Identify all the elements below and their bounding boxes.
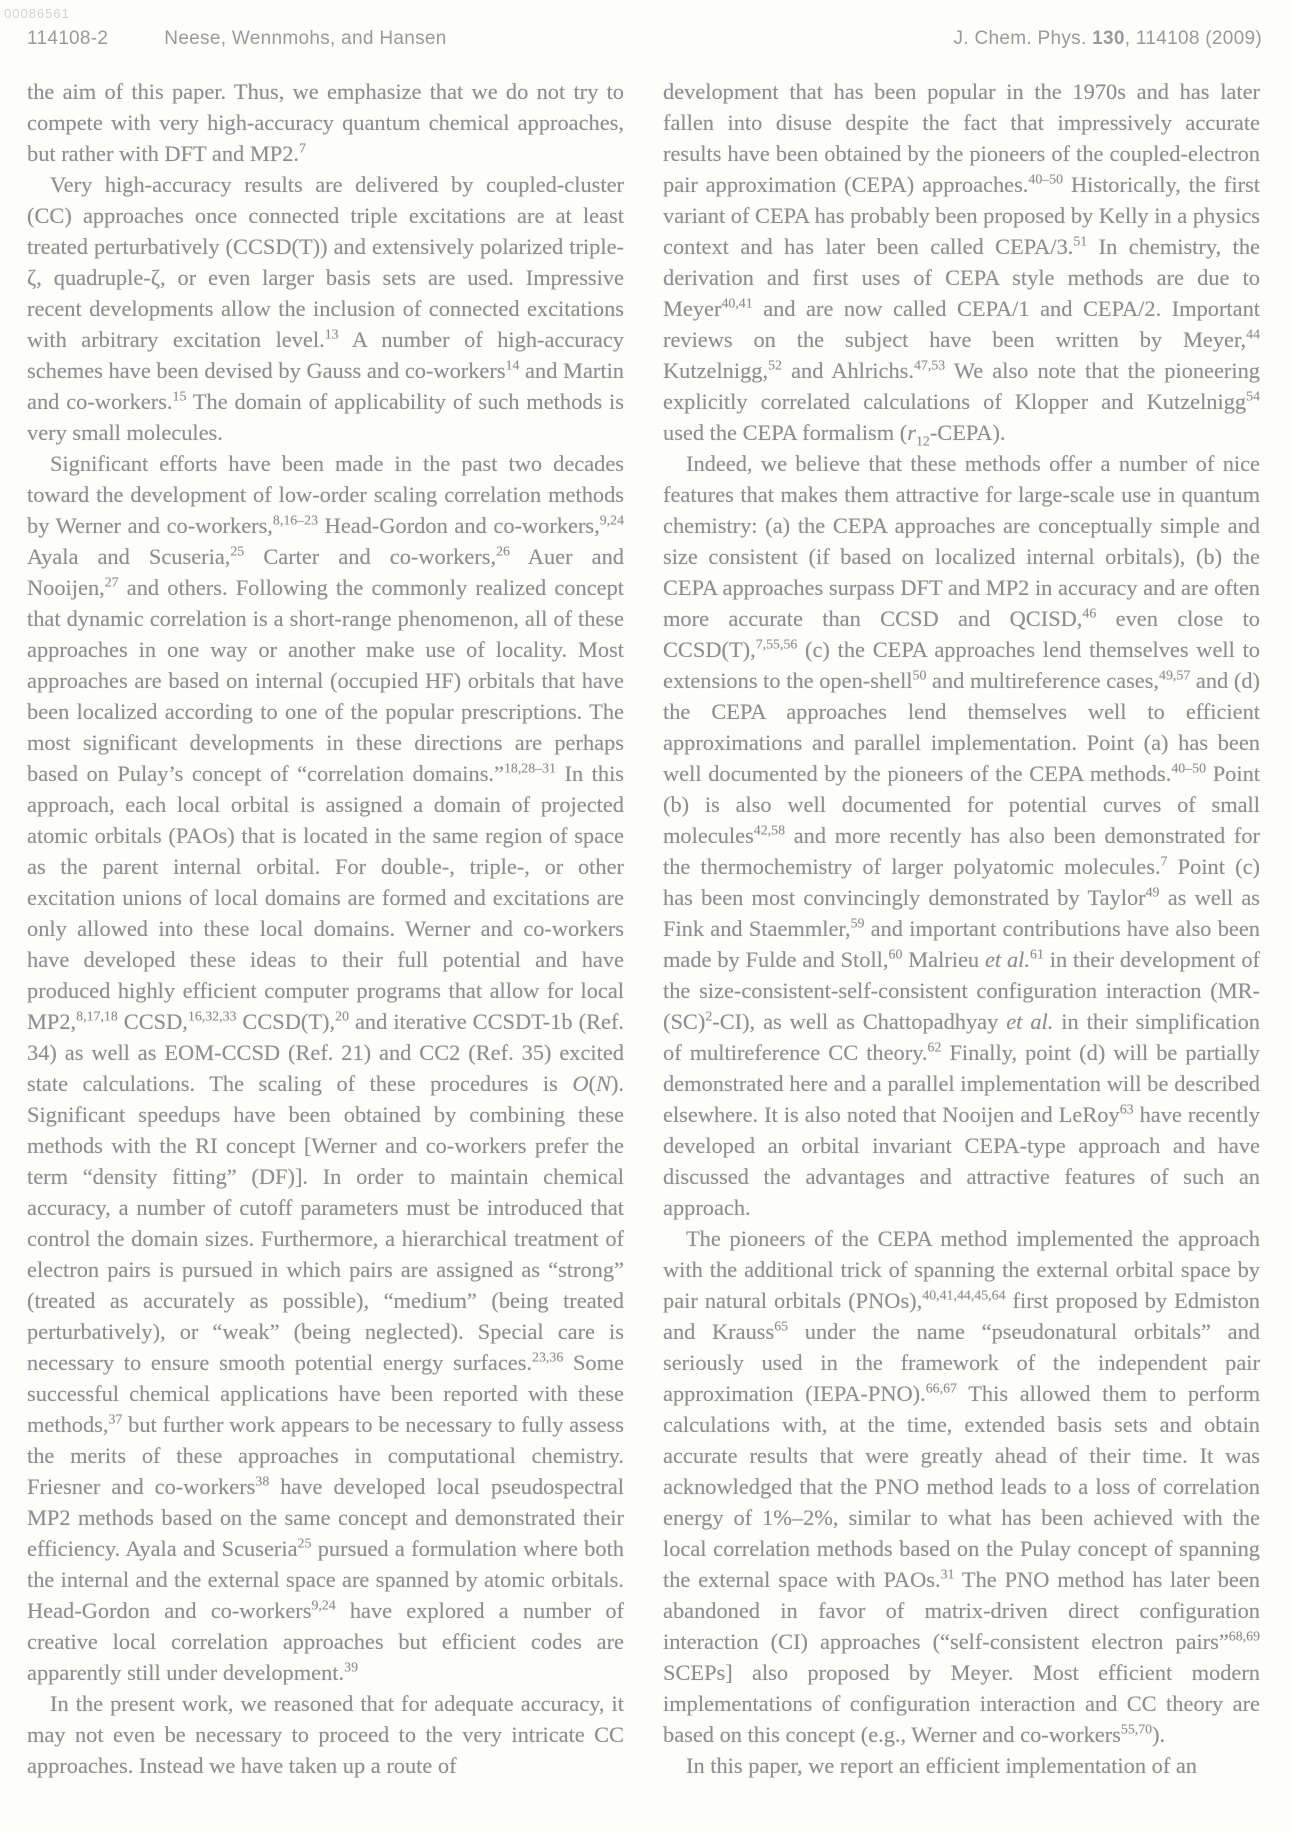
text-run: In this paper, we report an efficient im…: [686, 1753, 1197, 1778]
reference-superscript: 49: [1146, 886, 1160, 901]
journal-name: J. Chem. Phys.: [954, 28, 1093, 49]
reference-superscript: 20: [335, 1010, 349, 1025]
reference-superscript: 38: [255, 1475, 269, 1490]
two-column-body: the aim of this paper. Thus, we emphasiz…: [27, 76, 1260, 1781]
reference-superscript: 7,55,56: [756, 638, 798, 653]
text-run: and multireference cases,: [926, 668, 1159, 693]
text-run: O: [572, 1071, 588, 1096]
reference-superscript: 31: [941, 1568, 955, 1583]
reference-superscript: 9,24: [600, 514, 624, 529]
text-run: CCSD(T),: [236, 1009, 335, 1034]
text-run: ).: [1152, 1722, 1165, 1747]
reference-superscript: 15: [173, 390, 187, 405]
reference-superscript: 60: [889, 948, 903, 963]
reference-superscript: 25: [230, 545, 244, 560]
paragraph: Significant efforts have been made in th…: [27, 448, 624, 1688]
text-run: et al.: [985, 947, 1030, 972]
reference-superscript: 52: [768, 359, 782, 374]
reference-superscript: 61: [1030, 948, 1044, 963]
text-run: In the present work, we reasoned that fo…: [27, 1691, 624, 1778]
text-run: -CEPA).: [930, 420, 1006, 445]
journal-page-year: , 114108 (2009): [1125, 28, 1262, 49]
reference-superscript: 39: [344, 1661, 358, 1676]
text-run: Malrieu: [902, 947, 985, 972]
reference-superscript: 55,70: [1121, 1723, 1152, 1738]
journal-volume: 130: [1092, 28, 1125, 49]
text-run: and are now called CEPA/1 and CEPA/2. Im…: [663, 296, 1260, 352]
text-run: Carter and co-workers,: [244, 544, 496, 569]
reference-superscript: 8,17,18: [76, 1010, 118, 1025]
reference-superscript: 14: [506, 359, 520, 374]
reference-superscript: 7: [299, 142, 306, 157]
text-run: Indeed, we believe that these methods of…: [663, 451, 1260, 631]
journal-citation: J. Chem. Phys. 130, 114108 (2009): [954, 28, 1262, 50]
paragraph: In this paper, we report an efficient im…: [663, 1750, 1260, 1781]
reference-superscript: 26: [496, 545, 510, 560]
reference-superscript: 62: [928, 1041, 942, 1056]
reference-superscript: 49,57: [1159, 669, 1190, 684]
journal-page: 00086561 114108-2Neese, Wennmohs, and Ha…: [0, 0, 1292, 1833]
running-header-left: 114108-2Neese, Wennmohs, and Hansen: [27, 28, 447, 50]
reference-superscript: 46: [1082, 607, 1096, 622]
reference-superscript: 40,41: [721, 297, 752, 312]
reference-superscript: 27: [105, 576, 119, 591]
reference-superscript: 23,36: [532, 1351, 563, 1366]
reference-superscript: 37: [108, 1413, 122, 1428]
paragraph: Very high-accuracy results are delivered…: [27, 169, 624, 448]
reference-superscript: 44: [1246, 328, 1260, 343]
left-column: the aim of this paper. Thus, we emphasiz…: [27, 76, 624, 1781]
text-run: ). Significant speedups have been obtain…: [27, 1071, 624, 1375]
authors-running-head: Neese, Wennmohs, and Hansen: [164, 28, 446, 49]
paragraph: development that has been popular in the…: [663, 76, 1260, 448]
text-run: r: [907, 420, 916, 445]
text-run: used the CEPA formalism (: [663, 420, 907, 445]
scan-watermark: 00086561: [4, 6, 70, 21]
reference-superscript: 42,58: [754, 824, 785, 839]
paragraph: the aim of this paper. Thus, we emphasiz…: [27, 76, 624, 169]
reference-superscript: 18,28–31: [504, 762, 556, 777]
text-run: SCEPs] also proposed by Meyer. Most effi…: [663, 1660, 1260, 1747]
text-run: (: [589, 1071, 596, 1096]
text-run: Very high-accuracy results are delivered…: [27, 172, 624, 352]
reference-superscript: 40–50: [1171, 762, 1206, 777]
reference-superscript: 66,67: [926, 1382, 957, 1397]
reference-superscript: 47,53: [914, 359, 945, 374]
text-run: In this approach, each local orbital is …: [27, 761, 624, 1034]
reference-superscript: 51: [1073, 235, 1087, 250]
reference-superscript: 50: [913, 669, 927, 684]
text-run: and Ahlrichs.: [782, 358, 914, 383]
paragraph: Indeed, we believe that these methods of…: [663, 448, 1260, 1223]
reference-superscript: 16,32,33: [188, 1010, 237, 1025]
text-run: -CI), as well as Chattopadhyay: [712, 1009, 1006, 1034]
reference-superscript: 63: [1120, 1103, 1134, 1118]
page-number-label: 114108-2: [27, 28, 108, 49]
reference-superscript: 65: [774, 1320, 788, 1335]
reference-superscript: 13: [325, 328, 339, 343]
right-column: development that has been popular in the…: [663, 76, 1260, 1781]
reference-superscript: 54: [1246, 390, 1260, 405]
text-run: Ayala and Scuseria,: [27, 544, 230, 569]
text-run: N: [596, 1071, 611, 1096]
reference-superscript: 68,69: [1229, 1630, 1260, 1645]
text-run: the aim of this paper. Thus, we emphasiz…: [27, 79, 624, 166]
paragraph: In the present work, we reasoned that fo…: [27, 1688, 624, 1781]
text-run: This allowed them to perform calculation…: [663, 1381, 1260, 1592]
reference-superscript: 25: [298, 1537, 312, 1552]
paragraph: The pioneers of the CEPA method implemen…: [663, 1223, 1260, 1750]
reference-superscript: 40,41,44,45,64: [922, 1289, 1005, 1304]
running-header: 114108-2Neese, Wennmohs, and Hansen J. C…: [27, 28, 1262, 50]
text-run: Kutzelnigg,: [663, 358, 768, 383]
text-run: Head-Gordon and co-workers,: [318, 513, 600, 538]
reference-superscript: 59: [851, 917, 865, 932]
reference-superscript: 40–50: [1028, 173, 1063, 188]
text-run: et al.: [1006, 1009, 1053, 1034]
text-run: and others. Following the commonly reali…: [27, 575, 624, 786]
reference-superscript: 8,16–23: [273, 514, 318, 529]
text-run: CCSD,: [118, 1009, 188, 1034]
reference-superscript: 9,24: [311, 1599, 335, 1614]
